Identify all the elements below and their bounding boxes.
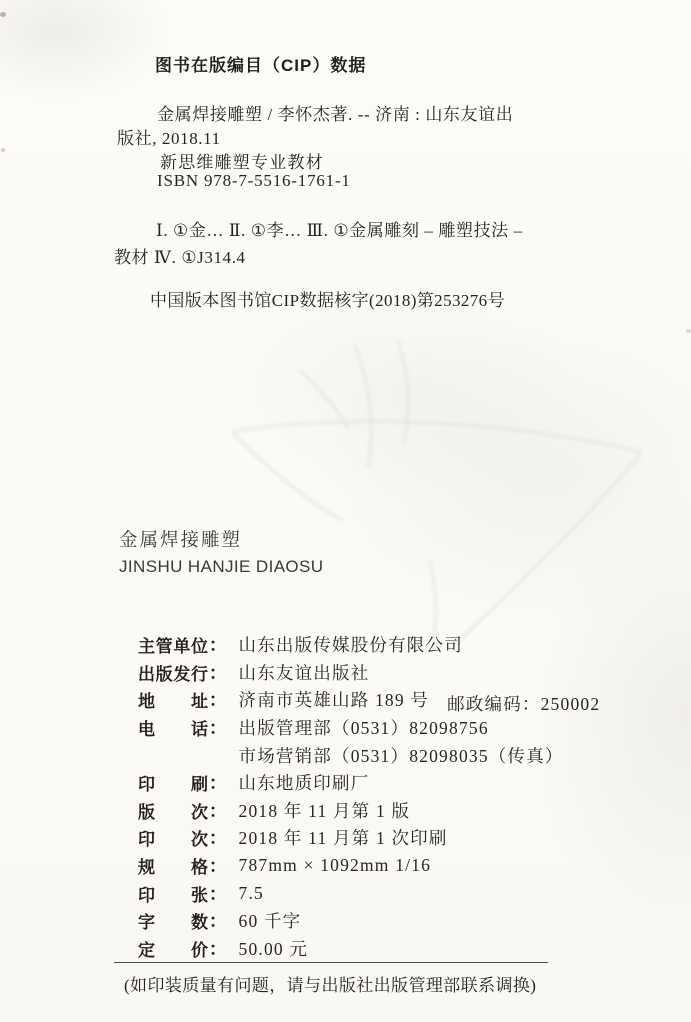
colophon-colon: ：	[209, 936, 227, 961]
colophon-value: 济南市英雄山路 189 号	[239, 687, 430, 712]
colophon-row-wordcount: 字数：60 千字	[138, 907, 600, 935]
cip-publisher-line: 版社, 2018.11	[117, 124, 221, 149]
colophon-row-price: 定价：50.00 元	[138, 935, 600, 963]
colophon-label: 版次	[138, 798, 208, 823]
colophon-row-edition: 版次：2018 年 11 月第 1 版	[138, 797, 600, 825]
colophon-row-supervisor: 主管单位：山东出版传媒股份有限公司	[138, 631, 600, 659]
colophon-value: 市场营销部（0531）82098035（传真）	[239, 743, 564, 768]
colophon-label: 印次	[138, 825, 208, 850]
colophon-colon: ：	[209, 770, 227, 795]
colophon-value: 出版管理部（0531）82098756	[239, 715, 489, 740]
colophon-value: 60 千字	[239, 908, 302, 933]
colophon-label: 印张	[138, 881, 208, 906]
colophon-value: 7.5	[239, 883, 264, 904]
colophon-row-phone2: 主管单位：市场营销部（0531）82098035（传真）	[138, 741, 600, 769]
colophon-label: 主管单位	[138, 632, 208, 657]
colophon-colon: ：	[209, 660, 227, 685]
colophon-row-phone: 电话：出版管理部（0531）82098756	[138, 714, 600, 742]
colophon-colon: ：	[209, 632, 227, 657]
colophon-row-address: 地址：济南市英雄山路 189 号邮政编码：250002	[138, 686, 600, 714]
postal-code: 邮政编码：250002	[447, 691, 600, 716]
colophon-value: 2018 年 11 月第 1 版	[239, 798, 411, 823]
cip-header: 图书在版编目（CIP）数据	[155, 51, 366, 76]
colophon-block: 主管单位：山东出版传媒股份有限公司 出版发行：山东友谊出版社 地址：济南市英雄山…	[138, 631, 600, 962]
colophon-value: 787mm × 1092mm 1/16	[239, 855, 432, 876]
colophon-value: 山东地质印刷厂	[239, 770, 370, 795]
scan-speck	[0, 12, 6, 17]
colophon-label: 规格	[138, 853, 208, 878]
colophon-colon: ：	[209, 825, 227, 850]
book-title-pinyin: JINSHU HANJIE DIAOSU	[119, 557, 323, 577]
colophon-label: 地址	[138, 687, 208, 712]
colophon-label: 定价	[138, 936, 208, 961]
colophon-row-printer: 印刷：山东地质印刷厂	[138, 769, 600, 797]
cip-classification-line1: Ⅰ. ①金… Ⅱ. ①李… Ⅲ. ①金属雕刻 – 雕塑技法 –	[156, 216, 523, 241]
colophon-value: 50.00 元	[239, 936, 309, 961]
colophon-label: 字数	[138, 908, 208, 933]
book-copyright-page: 图书在版编目（CIP）数据 金属焊接雕塑 / 李怀杰著. -- 济南 : 山东友…	[0, 0, 691, 1022]
cip-title-author-line: 金属焊接雕塑 / 李怀杰著. -- 济南 : 山东友谊出	[157, 100, 513, 125]
colophon-colon: ：	[209, 798, 227, 823]
colophon-colon: ：	[209, 853, 227, 878]
book-title-chinese: 金属焊接雕塑	[119, 526, 242, 552]
colophon-label: 印刷	[138, 770, 208, 795]
colophon-value: 2018 年 11 月第 1 次印刷	[239, 825, 448, 850]
colophon-label: 出版发行	[138, 660, 208, 685]
colophon-row-printing: 印次：2018 年 11 月第 1 次印刷	[138, 824, 600, 852]
colophon-row-format: 规格：787mm × 1092mm 1/16	[138, 852, 600, 880]
footer-divider-line	[114, 962, 548, 963]
colophon-colon: ：	[209, 687, 227, 712]
quality-exchange-note: (如印装质量有问题，请与出版社出版管理部联系调换)	[124, 971, 536, 996]
colophon-label: 电话	[138, 715, 208, 740]
scan-speck	[1, 148, 5, 152]
colophon-colon: ：	[209, 908, 227, 933]
colophon-row-sheets: 印张：7.5	[138, 879, 600, 907]
colophon-colon: ：	[209, 881, 227, 906]
colophon-value: 山东出版传媒股份有限公司	[239, 632, 463, 657]
isbn-number: ISBN 978-7-5516-1761-1	[157, 171, 351, 191]
colophon-value: 山东友谊出版社	[239, 660, 370, 685]
cip-series-line: 新思维雕塑专业教材	[160, 148, 324, 173]
cip-classification-line2: 教材 Ⅳ. ①J314.4	[114, 243, 246, 268]
cip-registry-number: 中国版本图书馆CIP数据核字(2018)第253276号	[150, 286, 505, 311]
scan-speck	[686, 329, 691, 333]
colophon-colon: ：	[209, 715, 227, 740]
colophon-row-publisher: 出版发行：山东友谊出版社	[138, 659, 600, 687]
